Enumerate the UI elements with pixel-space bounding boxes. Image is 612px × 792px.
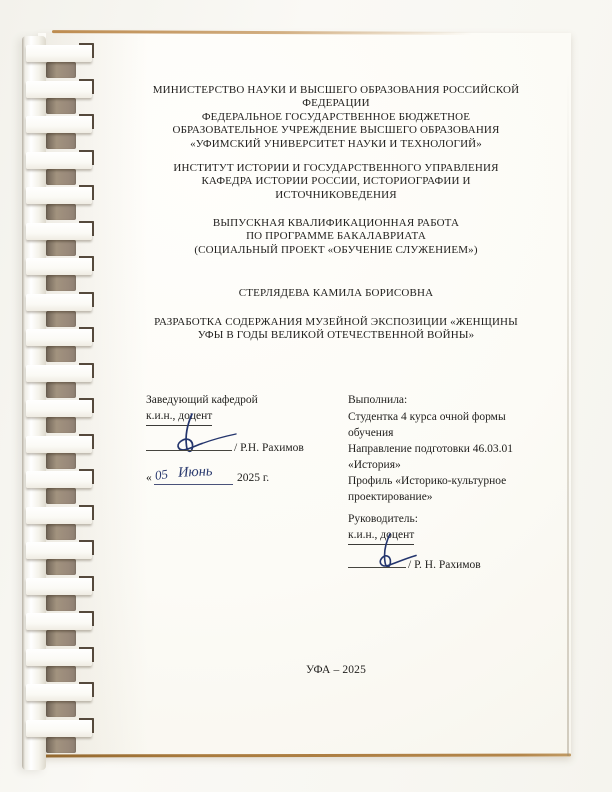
scanned-photo-background: МИНИСТЕРСТВО НАУКИ И ВЫСШЕГО ОБРАЗОВАНИЯ… [0, 0, 612, 792]
date-underline [154, 484, 233, 485]
binding-tooth-shadow [79, 718, 94, 733]
binding-hole [46, 737, 76, 753]
binding-hole [46, 62, 76, 78]
binding-tooth-shadow [79, 79, 94, 94]
binding-hole [46, 275, 76, 291]
student-info: Студентка 4 курса очной формы обучения Н… [348, 409, 548, 505]
ministry-line: ФЕДЕРАЦИИ [100, 97, 572, 110]
binding-hole [46, 98, 76, 114]
date-year: 2025 г. [237, 470, 269, 486]
institute-line: КАФЕДРА ИСТОРИИ РОССИИ, ИСТОРИОГРАФИИ И [100, 175, 572, 188]
binding-hole [46, 240, 76, 256]
binding-tooth-shadow [79, 576, 94, 591]
binding-hole [46, 169, 76, 185]
binding-hole [46, 311, 76, 327]
binding-hole [46, 382, 76, 398]
binding-hole [46, 417, 76, 433]
binding-hole [46, 595, 76, 611]
head-signature-name: / Р.Н. Рахимов [234, 440, 304, 456]
thesis-title: РАЗРАБОТКА СОДЕРЖАНИЯ МУЗЕЙНОЙ ЭКСПОЗИЦИ… [100, 316, 572, 343]
binding-tooth-shadow [79, 292, 94, 307]
ministry-header: МИНИСТЕРСТВО НАУКИ И ВЫСШЕГО ОБРАЗОВАНИЯ… [100, 84, 572, 151]
institute-header: ИНСТИТУТ ИСТОРИИ И ГОСУДАРСТВЕННОГО УПРА… [100, 162, 572, 202]
binding-hole [46, 133, 76, 149]
binding-tooth-shadow [79, 221, 94, 236]
binding-tooth-shadow [79, 647, 94, 662]
date-open-quote: « [146, 470, 152, 486]
binding-hole [46, 204, 76, 220]
binding-tooth-shadow [79, 505, 94, 520]
binding-tooth-shadow [79, 398, 94, 413]
student-info-line: Профиль «Историко-культурное [348, 473, 548, 489]
binding-tooth-shadow [79, 611, 94, 626]
thesis-title-line: УФЫ В ГОДЫ ВЕЛИКОЙ ОТЕЧЕСТВЕННОЙ ВОЙНЫ» [100, 329, 572, 342]
head-signature-line [146, 450, 232, 451]
author-name: СТЕРЛЯДЕВА КАМИЛА БОРИСОВНА [100, 287, 572, 300]
supervisor-signature-line [348, 567, 406, 568]
binding-tooth-shadow [79, 43, 94, 58]
work-type-line: ПО ПРОГРАММЕ БАКАЛАВРИАТА [100, 230, 572, 243]
ministry-line: «УФИМСКИЙ УНИВЕРСИТЕТ НАУКИ И ТЕХНОЛОГИЙ… [100, 138, 572, 151]
binding-tooth-shadow [79, 150, 94, 165]
ministry-line: ФЕДЕРАЛЬНОЕ ГОСУДАРСТВЕННОЕ БЮДЖЕТНОЕ [100, 111, 572, 124]
thesis-title-line: РАЗРАБОТКА СОДЕРЖАНИЯ МУЗЕЙНОЙ ЭКСПОЗИЦИ… [100, 316, 572, 329]
binding-tooth-shadow [79, 114, 94, 129]
work-type-block: ВЫПУСКНАЯ КВАЛИФИКАЦИОННАЯ РАБОТА ПО ПРО… [100, 217, 572, 257]
student-info-line: «История» [348, 457, 548, 473]
binding-hole [46, 630, 76, 646]
binding-hole [46, 666, 76, 682]
performed-by-label: Выполнила: [348, 392, 407, 408]
binding-hole [46, 559, 76, 575]
binding-tooth-shadow [79, 469, 94, 484]
ministry-line: ОБРАЗОВАТЕЛЬНОЕ УЧРЕЖДЕНИЕ ВЫСШЕГО ОБРАЗ… [100, 124, 572, 137]
supervisor-signature-name: / Р. Н. Рахимов [408, 557, 481, 573]
handwritten-month: Июнь [178, 463, 213, 482]
binding-tooth-shadow [79, 540, 94, 555]
binding-tooth-shadow [79, 185, 94, 200]
binding-hole [46, 346, 76, 362]
student-info-line: Направление подготовки 46.03.01 [348, 441, 548, 457]
supervisor-label: Руководитель: [348, 511, 418, 527]
work-type-line: (СОЦИАЛЬНЫЙ ПРОЕКТ «ОБУЧЕНИЕ СЛУЖЕНИЕМ») [100, 244, 572, 257]
city-year-footer: УФА – 2025 [100, 664, 572, 677]
institute-line: ИНСТИТУТ ИСТОРИИ И ГОСУДАРСТВЕННОГО УПРА… [100, 162, 572, 175]
work-type-line: ВЫПУСКНАЯ КВАЛИФИКАЦИОННАЯ РАБОТА [100, 217, 572, 230]
institute-line: ИСТОЧНИКОВЕДЕНИЯ [100, 189, 572, 202]
approval-role: Заведующий кафедрой [146, 392, 258, 408]
binding-hole [46, 488, 76, 504]
student-info-line: проектирование» [348, 489, 548, 505]
handwritten-day: 05 [154, 466, 169, 484]
binding-hole [46, 701, 76, 717]
student-info-line: обучения [348, 425, 548, 441]
binding-tooth-shadow [79, 256, 94, 271]
binding-tooth-shadow [79, 327, 94, 342]
binding-hole [46, 524, 76, 540]
student-info-line: Студентка 4 курса очной формы [348, 409, 548, 425]
binding-tooth-shadow [79, 682, 94, 697]
binding-hole [46, 453, 76, 469]
binding-tooth-shadow [79, 434, 94, 449]
binding-tooth-shadow [79, 363, 94, 378]
ministry-line: МИНИСТЕРСТВО НАУКИ И ВЫСШЕГО ОБРАЗОВАНИЯ… [100, 84, 572, 97]
